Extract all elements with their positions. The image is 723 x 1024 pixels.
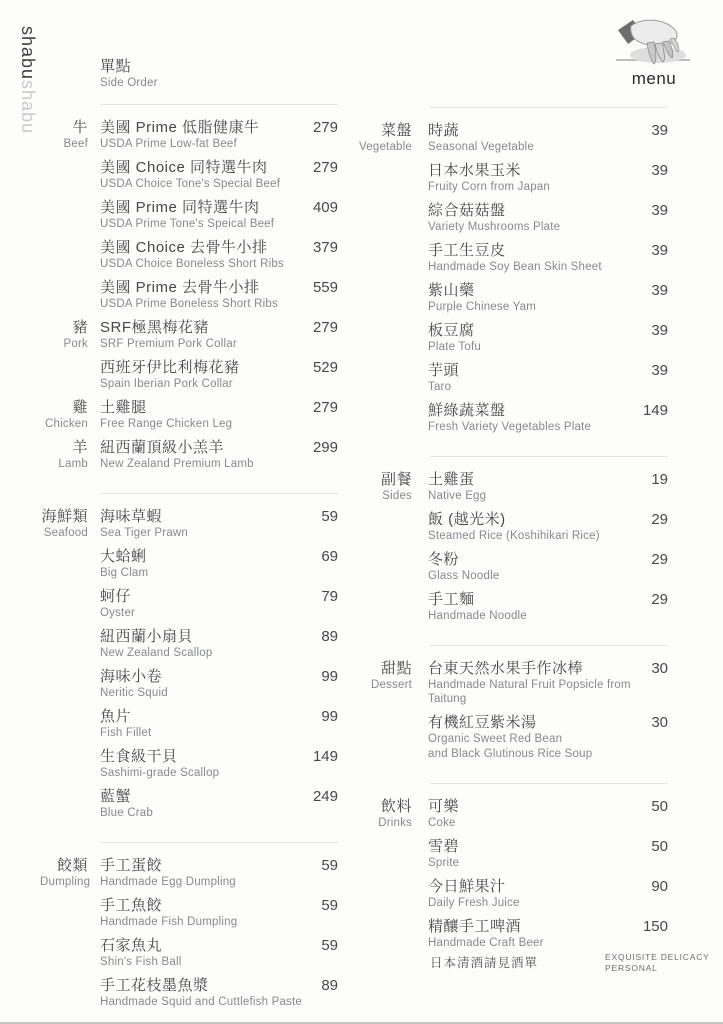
- category-label: 菜盤Vegetable: [355, 122, 412, 442]
- category-name-en: Drinks: [355, 816, 412, 830]
- menu-section: 菜盤Vegetable時蔬Seasonal Vegetable39日本水果玉米F…: [355, 122, 668, 442]
- item-name-zh: 美國 Prime 去骨牛小排: [100, 279, 278, 296]
- item-price: 149: [305, 748, 338, 765]
- menu-item: 手工花枝墨魚漿Handmade Squid and Cuttlefish Pas…: [100, 977, 338, 1009]
- item-name-en: Shin's Fish Ball: [100, 955, 181, 969]
- item-price: 59: [313, 508, 338, 525]
- category-name-zh: 羊: [40, 439, 88, 456]
- menu-item: 鮮綠蔬菜盤Fresh Variety Vegetables Plate149: [428, 402, 668, 434]
- menu-items: 紐西蘭頂級小羔羊New Zealand Premium Lamb299: [100, 439, 338, 479]
- category-label: 餃類Dumpling: [40, 857, 88, 1017]
- footer-tagline-line2: PERSONAL: [605, 963, 710, 974]
- item-price: 59: [313, 857, 338, 874]
- menu-item: 美國 Choice 同特選牛肉USDA Choice Tone's Specia…: [100, 159, 338, 191]
- section-divider: [430, 107, 668, 108]
- item-name-zh: 台東天然水果手作冰棒: [428, 660, 643, 677]
- item-text: 海味小卷Neritic Squid: [100, 668, 168, 700]
- item-text: 精釀手工啤酒Handmade Craft Beer: [428, 918, 544, 950]
- item-name-zh: 鮮綠蔬菜盤: [428, 402, 591, 419]
- item-price: 249: [305, 788, 338, 805]
- menu-item: 台東天然水果手作冰棒Handmade Natural Fruit Popsicl…: [428, 660, 668, 706]
- item-text: 鮮綠蔬菜盤Fresh Variety Vegetables Plate: [428, 402, 591, 434]
- menu-group: 副餐Sides土雞蛋Native Egg19飯 (越光米)Steamed Ric…: [355, 471, 668, 631]
- category-label: 海鮮類Seafood: [40, 508, 88, 828]
- menu-item: 日本水果玉米Fruity Corn from Japan39: [428, 162, 668, 194]
- menu-item: 海味草蝦Sea Tiger Prawn59: [100, 508, 338, 540]
- item-text: 美國 Prime 低脂健康牛USDA Prime Low-fat Beef: [100, 119, 260, 151]
- item-name-en: SRF Premium Pork Collar: [100, 337, 237, 351]
- menu-item: 手工蛋餃Handmade Egg Dumpling59: [100, 857, 338, 889]
- menu-group: 菜盤Vegetable時蔬Seasonal Vegetable39日本水果玉米F…: [355, 122, 668, 442]
- item-name-en: USDA Choice Boneless Short Ribs: [100, 257, 284, 271]
- item-price: 89: [313, 977, 338, 994]
- menu-group: 海鮮類Seafood海味草蝦Sea Tiger Prawn59大蛤蜊Big Cl…: [40, 508, 338, 828]
- menu-item: 冬粉Glass Noodle29: [428, 551, 668, 583]
- menu-item: SRF極黑梅花豬SRF Premium Pork Collar279: [100, 319, 338, 351]
- item-name-en: Steamed Rice (Koshihikari Rice): [428, 529, 600, 543]
- menu-section: 甜點Dessert台東天然水果手作冰棒Handmade Natural Frui…: [355, 660, 668, 769]
- item-name-en: Fish Fillet: [100, 726, 151, 740]
- item-price: 529: [305, 359, 338, 376]
- item-text: 今日鮮果汁Daily Fresh Juice: [428, 878, 520, 910]
- item-price: 79: [313, 588, 338, 605]
- item-name-en: Coke: [428, 816, 459, 830]
- item-name-zh: 海味草蝦: [100, 508, 188, 525]
- category-label: 牛Beef: [40, 119, 88, 319]
- menu-item: 紫山藥Purple Chinese Yam39: [428, 282, 668, 314]
- item-text: 紫山藥Purple Chinese Yam: [428, 282, 536, 314]
- menu-section: 牛Beef美國 Prime 低脂健康牛USDA Prime Low-fat Be…: [40, 119, 338, 479]
- item-text: 蚵仔Oyster: [100, 588, 135, 620]
- menu-item: 綜合菇菇盤Variety Mushrooms Plate39: [428, 202, 668, 234]
- item-name-zh: 美國 Choice 同特選牛肉: [100, 159, 280, 176]
- item-price: 279: [305, 159, 338, 176]
- item-name-en: Sprite: [428, 856, 459, 870]
- item-name-zh: 美國 Prime 同特選牛肉: [100, 199, 274, 216]
- menu-item: 雪碧Sprite50: [428, 838, 668, 870]
- right-column-sections: 菜盤Vegetable時蔬Seasonal Vegetable39日本水果玉米F…: [355, 107, 668, 958]
- item-price: 39: [643, 322, 668, 339]
- item-text: 土雞蛋Native Egg: [428, 471, 486, 503]
- item-name-zh: 日本水果玉米: [428, 162, 550, 179]
- item-text: 大蛤蜊Big Clam: [100, 548, 148, 580]
- item-text: 板豆腐Plate Tofu: [428, 322, 481, 354]
- item-name-en: Big Clam: [100, 566, 148, 580]
- item-price: 279: [305, 319, 338, 336]
- item-text: 美國 Prime 同特選牛肉USDA Prime Tone's Speical …: [100, 199, 274, 231]
- item-text: 雪碧Sprite: [428, 838, 459, 870]
- menu-section: 飲料Drinks可樂Coke50雪碧Sprite50今日鮮果汁Daily Fre…: [355, 798, 668, 958]
- category-name-zh: 餃類: [40, 857, 88, 874]
- menu-item: 有機紅豆紫米湯Organic Sweet Red Beanand Black G…: [428, 714, 668, 761]
- item-price: 29: [643, 551, 668, 568]
- menu-section: 海鮮類Seafood海味草蝦Sea Tiger Prawn59大蛤蜊Big Cl…: [40, 508, 338, 828]
- page-title-en: Side Order: [100, 76, 338, 90]
- item-name-zh: 手工麵: [428, 591, 527, 608]
- menu-item: 時蔬Seasonal Vegetable39: [428, 122, 668, 154]
- item-price: 59: [313, 897, 338, 914]
- item-name-en: Daily Fresh Juice: [428, 896, 520, 910]
- item-text: 冬粉Glass Noodle: [428, 551, 499, 583]
- menu-group: 甜點Dessert台東天然水果手作冰棒Handmade Natural Frui…: [355, 660, 668, 769]
- left-column-sections: 牛Beef美國 Prime 低脂健康牛USDA Prime Low-fat Be…: [40, 104, 338, 1017]
- section-divider: [100, 104, 338, 105]
- menu-section: 餃類Dumpling手工蛋餃Handmade Egg Dumpling59手工魚…: [40, 857, 338, 1017]
- item-text: 芋頭Taro: [428, 362, 459, 394]
- category-name-en: Dessert: [355, 678, 412, 692]
- item-text: SRF極黑梅花豬SRF Premium Pork Collar: [100, 319, 237, 351]
- menu-items: 美國 Prime 低脂健康牛USDA Prime Low-fat Beef279…: [100, 119, 338, 319]
- item-name-en: Handmade Noodle: [428, 609, 527, 623]
- item-name-zh: 手工生豆皮: [428, 242, 602, 259]
- item-price: 29: [643, 511, 668, 528]
- item-name-zh: 藍蟹: [100, 788, 153, 805]
- item-name-en: Plate Tofu: [428, 340, 481, 354]
- category-label: 豬Pork: [40, 319, 88, 399]
- item-text: 美國 Choice 同特選牛肉USDA Choice Tone's Specia…: [100, 159, 280, 191]
- item-text: 手工生豆皮Handmade Soy Bean Skin Sheet: [428, 242, 602, 274]
- category-name-en: Pork: [40, 337, 88, 351]
- item-name-zh: 土雞腿: [100, 399, 232, 416]
- item-name-en: USDA Choice Tone's Special Beef: [100, 177, 280, 191]
- menu-items: SRF極黑梅花豬SRF Premium Pork Collar279西班牙伊比利…: [100, 319, 338, 399]
- item-price: 30: [643, 714, 668, 731]
- menu-items: 土雞蛋Native Egg19飯 (越光米)Steamed Rice (Kosh…: [428, 471, 668, 631]
- item-name-en: Fruity Corn from Japan: [428, 180, 550, 194]
- menu-item: 美國 Prime 同特選牛肉USDA Prime Tone's Speical …: [100, 199, 338, 231]
- item-name-zh: 時蔬: [428, 122, 534, 139]
- item-name-en: Handmade Craft Beer: [428, 936, 544, 950]
- item-name-en: New Zealand Scallop: [100, 646, 212, 660]
- item-name-en-line2: and Black Glutinous Rice Soup: [428, 747, 592, 761]
- item-name-en: Spain Iberian Pork Collar: [100, 377, 240, 391]
- category-name-en: Vegetable: [355, 140, 412, 154]
- category-name-zh: 甜點: [355, 660, 412, 677]
- item-name-en: Neritic Squid: [100, 686, 168, 700]
- item-name-zh: 手工花枝墨魚漿: [100, 977, 302, 994]
- item-name-zh: 精釀手工啤酒: [428, 918, 544, 935]
- item-name-zh: 美國 Choice 去骨牛小排: [100, 239, 284, 256]
- item-price: 39: [643, 202, 668, 219]
- right-column: 菜盤Vegetable時蔬Seasonal Vegetable39日本水果玉米F…: [355, 0, 668, 958]
- item-text: 綜合菇菇盤Variety Mushrooms Plate: [428, 202, 560, 234]
- item-name-en: Handmade Squid and Cuttlefish Paste: [100, 995, 302, 1009]
- item-text: 紐西蘭小扇貝New Zealand Scallop: [100, 628, 212, 660]
- menu-item: 蚵仔Oyster79: [100, 588, 338, 620]
- item-name-en: Organic Sweet Red Bean: [428, 732, 592, 746]
- footer-tagline: EXQUISITE DELICACY PERSONAL: [605, 952, 710, 974]
- menu-item: 土雞蛋Native Egg19: [428, 471, 668, 503]
- item-text: 飯 (越光米)Steamed Rice (Koshihikari Rice): [428, 511, 600, 543]
- item-name-en: Taro: [428, 380, 459, 394]
- menu-group: 飲料Drinks可樂Coke50雪碧Sprite50今日鮮果汁Daily Fre…: [355, 798, 668, 958]
- item-name-en: Handmade Natural Fruit Popsicle from Tai…: [428, 678, 643, 706]
- item-price: 279: [305, 119, 338, 136]
- item-text: 美國 Prime 去骨牛小排USDA Prime Boneless Short …: [100, 279, 278, 311]
- menu-item: 紐西蘭小扇貝New Zealand Scallop89: [100, 628, 338, 660]
- item-price: 29: [643, 591, 668, 608]
- menu-item: 藍蟹Blue Crab249: [100, 788, 338, 820]
- item-price: 59: [313, 937, 338, 954]
- category-name-en: Beef: [40, 137, 88, 151]
- item-name-zh: 石家魚丸: [100, 937, 181, 954]
- sake-note: 日本清酒請見酒單: [430, 953, 538, 971]
- menu-items: 土雞腿Free Range Chicken Leg279: [100, 399, 338, 439]
- item-price: 559: [305, 279, 338, 296]
- item-name-en: Glass Noodle: [428, 569, 499, 583]
- item-text: 有機紅豆紫米湯Organic Sweet Red Beanand Black G…: [428, 714, 592, 761]
- item-name-en: Native Egg: [428, 489, 486, 503]
- item-name-zh: 紐西蘭小扇貝: [100, 628, 212, 645]
- item-name-en: USDA Prime Low-fat Beef: [100, 137, 260, 151]
- item-name-zh: 冬粉: [428, 551, 499, 568]
- footer-tagline-line1: EXQUISITE DELICACY: [605, 952, 710, 963]
- category-name-en: Dumpling: [40, 875, 88, 889]
- menu-item: 生食級干貝Sashimi-grade Scallop149: [100, 748, 338, 780]
- item-name-zh: 魚片: [100, 708, 151, 725]
- item-name-en: Fresh Variety Vegetables Plate: [428, 420, 591, 434]
- item-name-en: Sea Tiger Prawn: [100, 526, 188, 540]
- item-name-zh: 土雞蛋: [428, 471, 486, 488]
- item-text: 土雞腿Free Range Chicken Leg: [100, 399, 232, 431]
- item-text: 魚片Fish Fillet: [100, 708, 151, 740]
- item-name-zh: 美國 Prime 低脂健康牛: [100, 119, 260, 136]
- menu-items: 時蔬Seasonal Vegetable39日本水果玉米Fruity Corn …: [428, 122, 668, 442]
- item-price: 39: [643, 362, 668, 379]
- category-name-en: Seafood: [40, 526, 88, 540]
- item-text: 手工蛋餃Handmade Egg Dumpling: [100, 857, 236, 889]
- item-name-en: Blue Crab: [100, 806, 153, 820]
- menu-item: 精釀手工啤酒Handmade Craft Beer150: [428, 918, 668, 950]
- item-text: 手工花枝墨魚漿Handmade Squid and Cuttlefish Pas…: [100, 977, 302, 1009]
- item-name-en: Seasonal Vegetable: [428, 140, 534, 154]
- item-text: 紐西蘭頂級小羔羊New Zealand Premium Lamb: [100, 439, 254, 471]
- menu-group: 雞Chicken土雞腿Free Range Chicken Leg279: [40, 399, 338, 439]
- item-text: 手工麵Handmade Noodle: [428, 591, 527, 623]
- item-name-zh: 海味小卷: [100, 668, 168, 685]
- item-name-zh: 有機紅豆紫米湯: [428, 714, 592, 731]
- category-name-zh: 海鮮類: [40, 508, 88, 525]
- item-price: 39: [643, 162, 668, 179]
- item-name-zh: 手工魚餃: [100, 897, 237, 914]
- item-text: 美國 Choice 去骨牛小排USDA Choice Boneless Shor…: [100, 239, 284, 271]
- menu-item: 西班牙伊比利梅花豬Spain Iberian Pork Collar529: [100, 359, 338, 391]
- item-text: 海味草蝦Sea Tiger Prawn: [100, 508, 188, 540]
- brand-logo-dark: shabu: [18, 26, 38, 80]
- item-name-zh: 飯 (越光米): [428, 511, 600, 528]
- item-name-en: Variety Mushrooms Plate: [428, 220, 560, 234]
- menu-item: 魚片Fish Fillet99: [100, 708, 338, 740]
- item-name-zh: 蚵仔: [100, 588, 135, 605]
- menu-group: 餃類Dumpling手工蛋餃Handmade Egg Dumpling59手工魚…: [40, 857, 338, 1017]
- item-price: 299: [305, 439, 338, 456]
- item-price: 30: [643, 660, 668, 677]
- menu-item: 美國 Prime 低脂健康牛USDA Prime Low-fat Beef279: [100, 119, 338, 151]
- item-text: 日本水果玉米Fruity Corn from Japan: [428, 162, 550, 194]
- item-name-zh: 西班牙伊比利梅花豬: [100, 359, 240, 376]
- item-text: 生食級干貝Sashimi-grade Scallop: [100, 748, 219, 780]
- menu-item: 石家魚丸Shin's Fish Ball59: [100, 937, 338, 969]
- item-price: 69: [313, 548, 338, 565]
- item-name-zh: 芋頭: [428, 362, 459, 379]
- menu-items: 海味草蝦Sea Tiger Prawn59大蛤蜊Big Clam69蚵仔Oyst…: [100, 508, 338, 828]
- item-name-zh: 板豆腐: [428, 322, 481, 339]
- menu-item: 紐西蘭頂級小羔羊New Zealand Premium Lamb299: [100, 439, 338, 471]
- menu-group: 牛Beef美國 Prime 低脂健康牛USDA Prime Low-fat Be…: [40, 119, 338, 319]
- menu-items: 可樂Coke50雪碧Sprite50今日鮮果汁Daily Fresh Juice…: [428, 798, 668, 958]
- menu-item: 飯 (越光米)Steamed Rice (Koshihikari Rice)29: [428, 511, 668, 543]
- menu-item: 海味小卷Neritic Squid99: [100, 668, 338, 700]
- category-name-en: Sides: [355, 489, 412, 503]
- item-price: 39: [643, 242, 668, 259]
- menu-item: 大蛤蜊Big Clam69: [100, 548, 338, 580]
- menu-item: 美國 Choice 去骨牛小排USDA Choice Boneless Shor…: [100, 239, 338, 271]
- item-text: 手工魚餃Handmade Fish Dumpling: [100, 897, 237, 929]
- item-price: 39: [643, 122, 668, 139]
- item-name-zh: SRF極黑梅花豬: [100, 319, 237, 336]
- menu-item: 今日鮮果汁Daily Fresh Juice90: [428, 878, 668, 910]
- category-name-zh: 副餐: [355, 471, 412, 488]
- menu-item: 可樂Coke50: [428, 798, 668, 830]
- item-name-en: USDA Prime Tone's Speical Beef: [100, 217, 274, 231]
- page-title-zh: 單點: [100, 58, 338, 75]
- menu-items: 手工蛋餃Handmade Egg Dumpling59手工魚餃Handmade …: [100, 857, 338, 1017]
- section-divider: [430, 783, 668, 784]
- menu-section: 副餐Sides土雞蛋Native Egg19飯 (越光米)Steamed Ric…: [355, 471, 668, 631]
- menu-item: 手工魚餃Handmade Fish Dumpling59: [100, 897, 338, 929]
- menu-item: 板豆腐Plate Tofu39: [428, 322, 668, 354]
- item-price: 19: [643, 471, 668, 488]
- item-name-en: Purple Chinese Yam: [428, 300, 536, 314]
- item-text: 時蔬Seasonal Vegetable: [428, 122, 534, 154]
- menu-item: 手工麵Handmade Noodle29: [428, 591, 668, 623]
- item-price: 50: [643, 838, 668, 855]
- menu-item: 美國 Prime 去骨牛小排USDA Prime Boneless Short …: [100, 279, 338, 311]
- item-name-zh: 紐西蘭頂級小羔羊: [100, 439, 254, 456]
- category-name-zh: 牛: [40, 119, 88, 136]
- item-name-en: Handmade Egg Dumpling: [100, 875, 236, 889]
- category-label: 甜點Dessert: [355, 660, 412, 769]
- item-text: 台東天然水果手作冰棒Handmade Natural Fruit Popsicl…: [428, 660, 643, 706]
- item-price: 99: [313, 708, 338, 725]
- item-price: 90: [643, 878, 668, 895]
- item-price: 150: [635, 918, 668, 935]
- item-name-en: Oyster: [100, 606, 135, 620]
- item-name-zh: 可樂: [428, 798, 459, 815]
- category-label: 羊Lamb: [40, 439, 88, 479]
- menu-item: 手工生豆皮Handmade Soy Bean Skin Sheet39: [428, 242, 668, 274]
- section-divider: [100, 493, 338, 494]
- item-price: 409: [305, 199, 338, 216]
- item-name-en: Handmade Soy Bean Skin Sheet: [428, 260, 602, 274]
- item-text: 西班牙伊比利梅花豬Spain Iberian Pork Collar: [100, 359, 240, 391]
- item-price: 50: [643, 798, 668, 815]
- category-name-zh: 飲料: [355, 798, 412, 815]
- category-name-zh: 菜盤: [355, 122, 412, 139]
- item-price: 379: [305, 239, 338, 256]
- section-divider: [430, 456, 668, 457]
- menu-item: 土雞腿Free Range Chicken Leg279: [100, 399, 338, 431]
- page-title-block: 單點 Side Order: [100, 58, 338, 90]
- item-text: 藍蟹Blue Crab: [100, 788, 153, 820]
- item-price: 279: [305, 399, 338, 416]
- menu-items: 台東天然水果手作冰棒Handmade Natural Fruit Popsicl…: [428, 660, 668, 769]
- item-name-en: Free Range Chicken Leg: [100, 417, 232, 431]
- item-name-zh: 生食級干貝: [100, 748, 219, 765]
- category-name-en: Chicken: [40, 417, 88, 431]
- category-name-zh: 雞: [40, 399, 88, 416]
- brand-logo-vertical: shabushabu: [18, 26, 38, 134]
- item-name-zh: 手工蛋餃: [100, 857, 236, 874]
- item-text: 可樂Coke: [428, 798, 459, 830]
- item-price: 39: [643, 282, 668, 299]
- item-price: 89: [313, 628, 338, 645]
- item-price: 149: [635, 402, 668, 419]
- category-label: 副餐Sides: [355, 471, 412, 631]
- brand-logo-light: shabu: [18, 80, 38, 134]
- left-column: 單點 Side Order 牛Beef美國 Prime 低脂健康牛USDA Pr…: [40, 0, 338, 1017]
- item-text: 石家魚丸Shin's Fish Ball: [100, 937, 181, 969]
- menu-item: 芋頭Taro39: [428, 362, 668, 394]
- category-label: 飲料Drinks: [355, 798, 412, 958]
- section-divider: [100, 842, 338, 843]
- menu-group: 豬PorkSRF極黑梅花豬SRF Premium Pork Collar279西…: [40, 319, 338, 399]
- item-name-en: USDA Prime Boneless Short Ribs: [100, 297, 278, 311]
- category-name-zh: 豬: [40, 319, 88, 336]
- item-name-zh: 雪碧: [428, 838, 459, 855]
- item-name-en: Handmade Fish Dumpling: [100, 915, 237, 929]
- category-name-en: Lamb: [40, 457, 88, 471]
- item-name-zh: 今日鮮果汁: [428, 878, 520, 895]
- item-name-zh: 綜合菇菇盤: [428, 202, 560, 219]
- item-name-en: New Zealand Premium Lamb: [100, 457, 254, 471]
- item-name-zh: 大蛤蜊: [100, 548, 148, 565]
- section-divider: [430, 645, 668, 646]
- item-name-zh: 紫山藥: [428, 282, 536, 299]
- item-name-en: Sashimi-grade Scallop: [100, 766, 219, 780]
- item-price: 99: [313, 668, 338, 685]
- category-label: 雞Chicken: [40, 399, 88, 439]
- menu-group: 羊Lamb紐西蘭頂級小羔羊New Zealand Premium Lamb299: [40, 439, 338, 479]
